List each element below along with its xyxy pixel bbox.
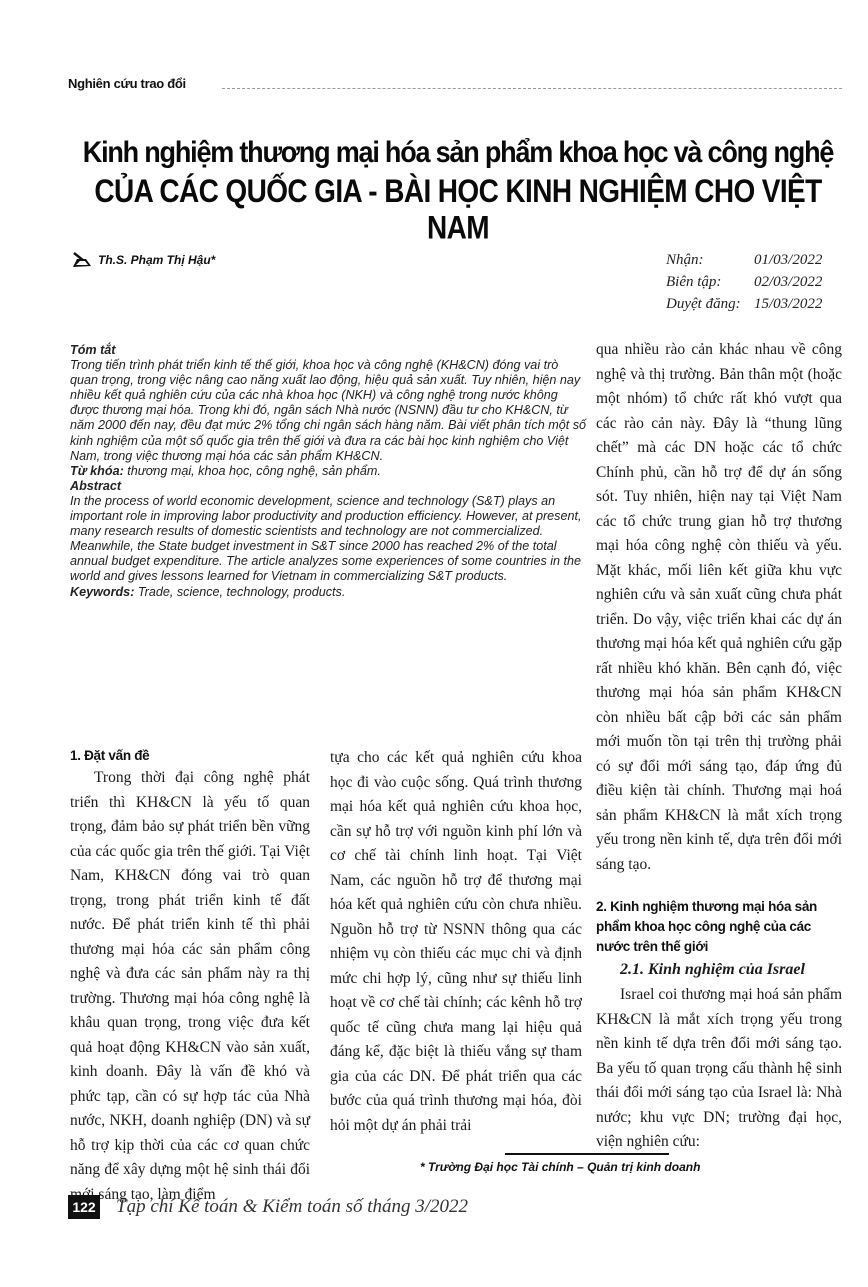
- header-rule: [222, 88, 842, 89]
- date-received: Nhận: 01/03/2022: [666, 249, 822, 271]
- paragraph: qua nhiều rào cản khác nhau về công nghệ…: [596, 338, 842, 877]
- summary-en-text: In the process of world economic develop…: [70, 494, 581, 583]
- keywords-vi: Từ khóa: thương mại, khoa học, công nghệ…: [70, 464, 588, 479]
- section-label: Nghiên cứu trao đổi: [68, 76, 186, 91]
- section-1-heading: 1. Đặt vấn đề: [70, 746, 310, 766]
- keywords-vi-text: thương mại, khoa học, công nghệ, sản phẩ…: [124, 464, 381, 478]
- date-approved: Duyệt đăng: 15/03/2022: [666, 293, 822, 315]
- pen-icon: [72, 252, 94, 268]
- section-2-heading: 2. Kinh nghiệm thương mại hóa sản phẩm k…: [596, 897, 842, 957]
- keywords-vi-label: Từ khóa:: [70, 464, 124, 478]
- footnote-rule: [505, 1153, 669, 1155]
- summary-en-heading: Abstract: [70, 479, 588, 494]
- section-2-1-heading: 2.1. Kinh nghiệm của Israel: [596, 957, 842, 983]
- date-edited: Biên tập: 02/03/2022: [666, 271, 822, 293]
- date-value: 15/03/2022: [754, 293, 822, 315]
- article-title-line2: CỦA CÁC QUỐC GIA - BÀI HỌC KINH NGHIỆM C…: [68, 173, 848, 247]
- author-name: Th.S. Phạm Thị Hậu*: [98, 253, 215, 267]
- keywords-en-text: Trade, science, technology, products.: [134, 585, 345, 599]
- page-number: 122: [68, 1195, 100, 1219]
- journal-name: Tạp chí Kế toán & Kiểm toán số tháng 3/2…: [116, 1196, 468, 1218]
- keywords-en-label: Keywords:: [70, 585, 134, 599]
- body-column-left: 1. Đặt vấn đề Trong thời đại công nghệ p…: [70, 746, 310, 1207]
- date-label: Duyệt đăng:: [666, 293, 754, 315]
- summary-vi-text: Trong tiến trình phát triển kinh tế thế …: [70, 358, 586, 463]
- date-value: 01/03/2022: [754, 249, 822, 271]
- body-column-right: qua nhiều rào cản khác nhau về công nghệ…: [596, 338, 842, 1155]
- summary-vi-heading: Tóm tắt: [70, 343, 588, 358]
- paragraph: tựa cho các kết quả nghiên cứu khoa học …: [330, 746, 582, 1138]
- abstract-section: Tóm tắt Trong tiến trình phát triển kinh…: [70, 343, 588, 600]
- paragraph: Israel coi thương mại hoá sản phẩm KH&CN…: [596, 983, 842, 1155]
- date-label: Nhận:: [666, 249, 754, 271]
- author-byline: Th.S. Phạm Thị Hậu*: [72, 252, 215, 268]
- date-value: 02/03/2022: [754, 271, 822, 293]
- article-title-line1: Kinh nghiệm thương mại hóa sản phẩm khoa…: [68, 135, 848, 169]
- author-affiliation-footnote: * Trường Đại học Tài chính – Quản trị ki…: [420, 1160, 700, 1174]
- paragraph: Trong thời đại công nghệ phát triển thì …: [70, 766, 310, 1207]
- date-label: Biên tập:: [666, 271, 754, 293]
- publication-dates: Nhận: 01/03/2022 Biên tập: 02/03/2022 Du…: [666, 249, 822, 315]
- body-column-middle: tựa cho các kết quả nghiên cứu khoa học …: [330, 746, 582, 1138]
- keywords-en: Keywords: Trade, science, technology, pr…: [70, 585, 588, 600]
